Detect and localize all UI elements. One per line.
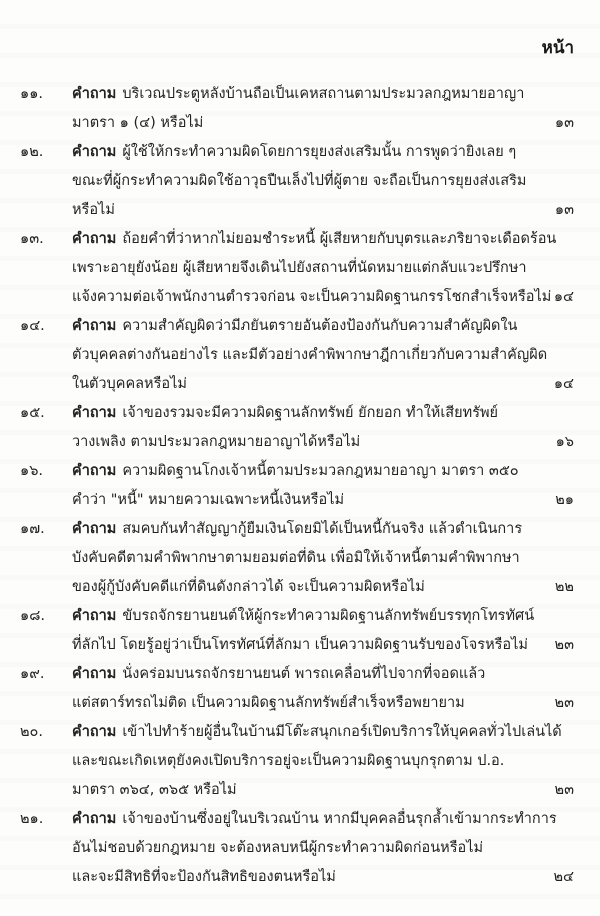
entry-text-line: บังคับคดีตามคำพิพากษาตามยอมต่อที่ดิน เพื… xyxy=(72,544,540,573)
toc-entry: ๑๘.คำถามขับรถจักรยานยนต์ให้ผู้กระทำความผ… xyxy=(0,602,600,660)
entry-text: ในตัวบุคคลหรือไม่ xyxy=(72,376,187,392)
entry-text-line: คำถามความผิดฐานโกงเจ้าหนี้ตามประมวลกฎหมา… xyxy=(72,457,540,486)
entry-text: และจะมีสิทธิที่จะป้องกันสิทธิของตนหรือไม… xyxy=(72,869,336,885)
entry-text: หรือไม่ xyxy=(72,202,115,218)
entry-text-line: คำถามเจ้าของบ้านซึ่งอยู่ในบริเวณบ้าน หาก… xyxy=(72,805,540,834)
page-column-heading: หน้า xyxy=(542,34,574,61)
entry-text-line: ตัวบุคคลต่างกันอย่างไร และมีตัวอย่างคำพิ… xyxy=(72,341,540,370)
entry-text-line: คำถามเจ้าของรวมจะมีความผิดฐานลักทรัพย์ ย… xyxy=(72,399,540,428)
entry-text-line: คำถามนั่งคร่อมบนรถจักรยานยนต์ พารถเคลื่อ… xyxy=(72,660,540,689)
entry-number: ๑๕. xyxy=(20,399,68,428)
toc-entry: ๑๔.คำถามความสำคัญผิดว่ามีภยันตรายอันต้อง… xyxy=(0,312,600,399)
table-of-contents: ๑๑.คำถามบริเวณประตูหลังบ้านถือเป็นเคหสถา… xyxy=(0,80,600,892)
entry-text-line: วางเพลิง ตามประมวลกฎหมายอาญาได้หรือไม่ xyxy=(72,428,540,457)
entry-number: ๒๑. xyxy=(20,805,68,834)
entry-text-line: แจ้งความต่อเจ้าพนักงานตำรวจก่อน จะเป็นคว… xyxy=(72,283,540,312)
entry-text: แจ้งความต่อเจ้าพนักงานตำรวจก่อน จะเป็นคว… xyxy=(72,289,551,305)
question-label: คำถาม xyxy=(72,86,116,102)
toc-entry: ๒๐.คำถามเข้าไปทำร้ายผู้อื่นในบ้านมีโต๊ะส… xyxy=(0,718,600,805)
toc-entry: ๑๗.คำถามสมคบกันทำสัญญากู้ยืมเงินโดยมิได้… xyxy=(0,515,600,602)
entry-text-line: คำถามสมคบกันทำสัญญากู้ยืมเงินโดยมิได้เป็… xyxy=(72,515,540,544)
entry-text-line: คำถามความสำคัญผิดว่ามีภยันตรายอันต้องป้อ… xyxy=(72,312,540,341)
entry-number: ๑๑. xyxy=(20,80,68,109)
question-label: คำถาม xyxy=(72,608,116,624)
question-label: คำถาม xyxy=(72,405,116,421)
entry-text-line: หรือไม่ xyxy=(72,196,540,225)
entry-text-line: คำถามบริเวณประตูหลังบ้านถือเป็นเคหสถานตา… xyxy=(72,80,540,109)
question-label: คำถาม xyxy=(72,463,116,479)
entry-text-line: และจะมีสิทธิที่จะป้องกันสิทธิของตนหรือไม… xyxy=(72,863,540,892)
page-number: ๒๓ xyxy=(555,689,574,718)
entry-text: นั่งคร่อมบนรถจักรยานยนต์ พารถเคลื่อนที่ไ… xyxy=(122,666,485,682)
entry-text: มาตรา ๑ (๔) หรือไม่ xyxy=(72,115,203,131)
toc-entry: ๒๑.คำถามเจ้าของบ้านซึ่งอยู่ในบริเวณบ้าน … xyxy=(0,805,600,892)
entry-text: ผู้ใช้ให้กระทำความผิดโดยการยุยงส่งเสริมน… xyxy=(122,144,516,160)
entry-text: เจ้าของบ้านซึ่งอยู่ในบริเวณบ้าน หากมีบุค… xyxy=(122,811,556,827)
toc-entry: ๑๓.คำถามถ้อยคำที่ว่าหากไม่ยอมชำระหนี้ ผู… xyxy=(0,225,600,312)
entry-text: ความผิดฐานโกงเจ้าหนี้ตามประมวลกฎหมายอาญา… xyxy=(122,463,518,479)
entry-text-line: เพราะอายุยังน้อย ผู้เสียหายจึงเดินไปยังส… xyxy=(72,254,540,283)
entry-number: ๑๒. xyxy=(20,138,68,167)
page-number: ๑๓ xyxy=(555,109,574,138)
entry-text: ขับรถจักรยานยนต์ให้ผู้กระทำความผิดฐานลัก… xyxy=(122,608,534,624)
entry-text-line: แต่สตาร์ทรถไม่ติด เป็นความผิดฐานลักทรัพย… xyxy=(72,689,540,718)
entry-text: ตัวบุคคลต่างกันอย่างไร และมีตัวอย่างคำพิ… xyxy=(72,347,547,363)
page-number: ๒๒ xyxy=(555,573,574,602)
entry-number: ๑๗. xyxy=(20,515,68,544)
entry-number: ๑๔. xyxy=(20,312,68,341)
entry-text: สมคบกันทำสัญญากู้ยืมเงินโดยมิได้เป็นหนี้… xyxy=(122,521,522,537)
entry-number: ๑๖. xyxy=(20,457,68,486)
entry-text: เจ้าของรวมจะมีความผิดฐานลักทรัพย์ ยักยอก… xyxy=(122,405,498,421)
document-page: หน้า ๑๑.คำถามบริเวณประตูหลังบ้านถือเป็นเ… xyxy=(0,0,600,916)
entry-text: วางเพลิง ตามประมวลกฎหมายอาญาได้หรือไม่ xyxy=(72,434,360,450)
page-number: ๒๓ xyxy=(555,631,574,660)
page-number: ๑๓ xyxy=(555,196,574,225)
entry-text: อันไม่ชอบด้วยกฎหมาย จะต้องหลบหนีผู้กระทำ… xyxy=(72,840,483,856)
toc-entry: ๑๖.คำถามความผิดฐานโกงเจ้าหนี้ตามประมวลกฎ… xyxy=(0,457,600,515)
entry-text: เพราะอายุยังน้อย ผู้เสียหายจึงเดินไปยังส… xyxy=(72,260,527,276)
question-label: คำถาม xyxy=(72,724,116,740)
toc-entry: ๑๒.คำถามผู้ใช้ให้กระทำความผิดโดยการยุยงส… xyxy=(0,138,600,225)
entry-text: และขณะเกิดเหตุยังคงเปิดบริการอยู่จะเป็นค… xyxy=(72,753,504,769)
entry-text-line: คำถามเข้าไปทำร้ายผู้อื่นในบ้านมีโต๊ะสนุก… xyxy=(72,718,540,747)
page-number: ๑๖ xyxy=(556,428,574,457)
question-label: คำถาม xyxy=(72,231,116,247)
entry-text-line: ที่ลักไป โดยรู้อยู่ว่าเป็นโทรทัศน์ที่ลัก… xyxy=(72,631,540,660)
toc-entry: ๑๑.คำถามบริเวณประตูหลังบ้านถือเป็นเคหสถา… xyxy=(0,80,600,138)
entry-text: ของผู้กู้บังคับคดีแก่ที่ดินดังกล่าวได้ จ… xyxy=(72,579,425,595)
question-label: คำถาม xyxy=(72,666,116,682)
entry-text-line: ของผู้กู้บังคับคดีแก่ที่ดินดังกล่าวได้ จ… xyxy=(72,573,540,602)
page-number: ๒๓ xyxy=(555,776,574,805)
entry-text-line: มาตรา ๑ (๔) หรือไม่ xyxy=(72,109,540,138)
entry-text-line: คำถามผู้ใช้ให้กระทำความผิดโดยการยุยงส่งเ… xyxy=(72,138,540,167)
entry-text: เข้าไปทำร้ายผู้อื่นในบ้านมีโต๊ะสนุกเกอร์… xyxy=(122,724,561,740)
entry-text: บังคับคดีตามคำพิพากษาตามยอมต่อที่ดิน เพื… xyxy=(72,550,520,566)
entry-number: ๑๘. xyxy=(20,602,68,631)
entry-text-line: คำว่า "หนี้" หมายความเฉพาะหนี้เงินหรือไม… xyxy=(72,486,540,515)
question-label: คำถาม xyxy=(72,318,116,334)
toc-entry: ๑๕.คำถามเจ้าของรวมจะมีความผิดฐานลักทรัพย… xyxy=(0,399,600,457)
question-label: คำถาม xyxy=(72,811,116,827)
entry-text-line: และขณะเกิดเหตุยังคงเปิดบริการอยู่จะเป็นค… xyxy=(72,747,540,776)
entry-text: ความสำคัญผิดว่ามีภยันตรายอันต้องป้องกันก… xyxy=(122,318,517,334)
entry-number: ๒๐. xyxy=(20,718,68,747)
page-number: ๑๔ xyxy=(554,283,574,312)
page-number: ๒๔ xyxy=(553,863,574,892)
entry-text-line: ในตัวบุคคลหรือไม่ xyxy=(72,370,540,399)
entry-number: ๑๓. xyxy=(20,225,68,254)
entry-text: บริเวณประตูหลังบ้านถือเป็นเคหสถานตามประม… xyxy=(122,86,524,102)
entry-text-line: มาตรา ๓๖๔, ๓๖๕ หรือไม่ xyxy=(72,776,540,805)
entry-text: ขณะที่ผู้กระทำความผิดใช้อาวุธปืนเล็งไปที… xyxy=(72,173,526,189)
entry-text: มาตรา ๓๖๔, ๓๖๕ หรือไม่ xyxy=(72,782,237,798)
question-label: คำถาม xyxy=(72,144,116,160)
page-number: ๒๑ xyxy=(555,486,574,515)
entry-text-line: อันไม่ชอบด้วยกฎหมาย จะต้องหลบหนีผู้กระทำ… xyxy=(72,834,540,863)
toc-entry: ๑๙.คำถามนั่งคร่อมบนรถจักรยานยนต์ พารถเคล… xyxy=(0,660,600,718)
question-label: คำถาม xyxy=(72,521,116,537)
entry-text-line: คำถามขับรถจักรยานยนต์ให้ผู้กระทำความผิดฐ… xyxy=(72,602,540,631)
entry-text-line: ขณะที่ผู้กระทำความผิดใช้อาวุธปืนเล็งไปที… xyxy=(72,167,540,196)
entry-text: คำว่า "หนี้" หมายความเฉพาะหนี้เงินหรือไม… xyxy=(72,492,344,508)
entry-text: ที่ลักไป โดยรู้อยู่ว่าเป็นโทรทัศน์ที่ลัก… xyxy=(72,637,528,653)
entry-text: ถ้อยคำที่ว่าหากไม่ยอมชำระหนี้ ผู้เสียหาย… xyxy=(122,231,556,247)
entry-text-line: คำถามถ้อยคำที่ว่าหากไม่ยอมชำระหนี้ ผู้เส… xyxy=(72,225,540,254)
page-number: ๑๔ xyxy=(554,370,574,399)
entry-number: ๑๙. xyxy=(20,660,68,689)
entry-text: แต่สตาร์ทรถไม่ติด เป็นความผิดฐานลักทรัพย… xyxy=(72,695,465,711)
